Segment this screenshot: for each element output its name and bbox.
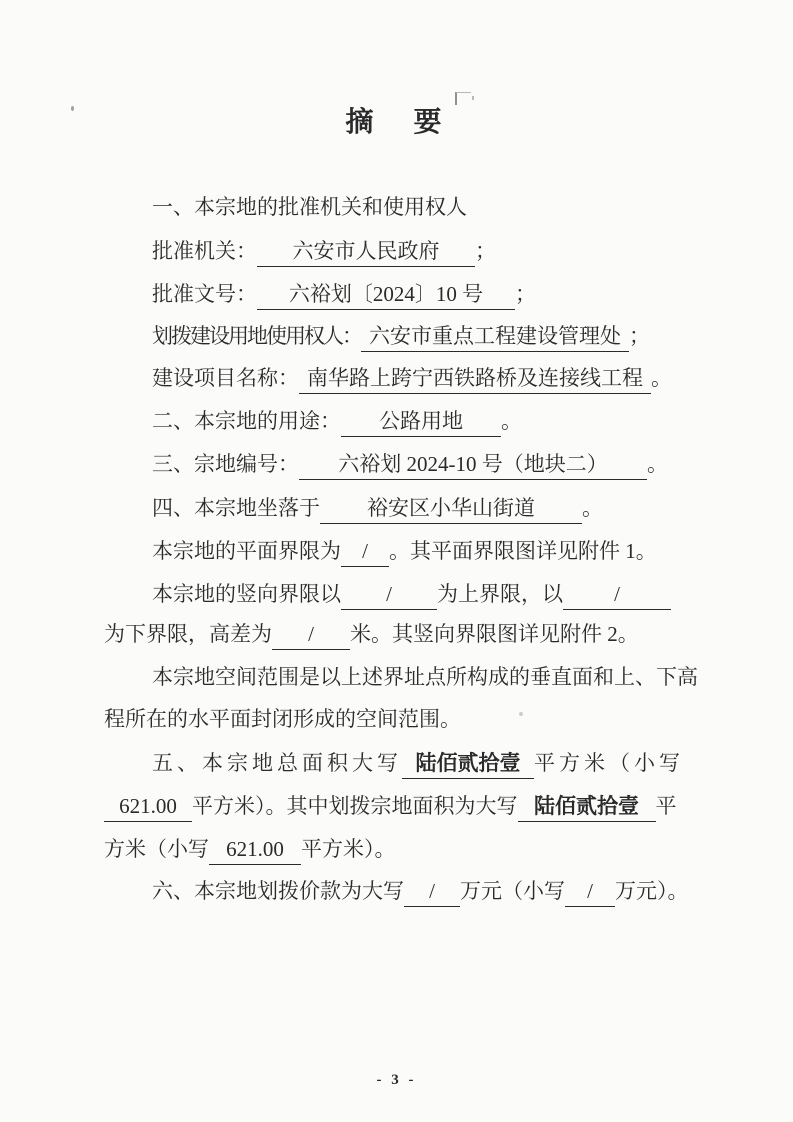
- doc-line: 一、本宗地的批准机关和使用权人: [152, 193, 467, 221]
- doc-line: 批准文号：六裕划〔2024〕10 号；: [152, 280, 536, 309]
- text-segment: 本宗地的竖向界限以: [152, 580, 341, 608]
- blank-field: 陆佰贰拾壹: [518, 792, 656, 822]
- text-segment: 米。其竖向界限图详见附件 2。: [350, 620, 639, 648]
- text-segment: 本宗地的平面界限为: [152, 537, 341, 565]
- blank-field: /: [341, 537, 389, 567]
- blank-field: 六裕划 2024-10 号（地块二）: [299, 450, 647, 480]
- text-segment: 六、本宗地划拨价款为大写: [152, 877, 404, 905]
- text-segment: 方米（小写: [104, 835, 209, 863]
- doc-line: 二、本宗地的用途：公路用地。: [152, 407, 522, 436]
- text-segment: 。: [647, 450, 668, 478]
- text-segment: 五、本宗地总面积大写: [152, 749, 402, 777]
- text-segment: 平方米（小写: [534, 749, 684, 777]
- text-segment: ；: [475, 237, 496, 265]
- text-segment: 一、本宗地的批准机关和使用权人: [152, 193, 467, 221]
- text-segment: 划拨建设用地使用权人：: [152, 322, 361, 350]
- text-segment: 为下界限，高差为: [104, 620, 272, 648]
- doc-line: 批准机关：六安市人民政府；: [152, 237, 496, 266]
- doc-line: 五、本宗地总面积大写陆佰贰拾壹平方米（小写: [152, 749, 684, 778]
- text-segment: 。其平面界限图详见附件 1。: [389, 537, 657, 565]
- doc-line: 建设项目名称：南华路上跨宁西铁路桥及连接线工程。: [152, 364, 672, 393]
- doc-line: 六、本宗地划拨价款为大写/万元（小写/万元）。: [152, 877, 689, 906]
- blank-field: /: [272, 620, 350, 650]
- blank-field: /: [341, 580, 437, 610]
- text-segment: 四、本宗地坐落于: [152, 494, 320, 522]
- blank-field: 公路用地: [341, 407, 501, 437]
- text-segment: 平: [656, 792, 677, 820]
- text-segment: 程所在的水平面封闭形成的空间范围。: [104, 705, 461, 733]
- text-segment: 批准文号：: [152, 280, 257, 308]
- doc-line: 三、宗地编号：六裕划 2024-10 号（地块二）。: [152, 450, 668, 479]
- doc-line: 划拨建设用地使用权人：六安市重点工程建设管理处；: [152, 322, 650, 351]
- text-segment: 平方米）。: [301, 835, 396, 863]
- scanned-document-page: 摘 要 一、本宗地的批准机关和使用权人批准机关：六安市人民政府；批准文号：六裕划…: [0, 0, 793, 1122]
- blank-field: 六安市重点工程建设管理处: [361, 322, 629, 352]
- blank-field: /: [563, 580, 671, 610]
- doc-line: 本宗地的竖向界限以/为上界限，以/: [152, 580, 671, 609]
- text-segment: 本宗地空间范围是以上述界址点所构成的垂直面和上、下高: [152, 663, 698, 691]
- blank-field: /: [404, 877, 460, 907]
- text-segment: 。: [651, 364, 672, 392]
- text-segment: 。: [582, 494, 603, 522]
- text-segment: 为上界限，以: [437, 580, 563, 608]
- doc-line: 方米（小写621.00平方米）。: [104, 835, 396, 864]
- blank-field: 六裕划〔2024〕10 号: [257, 280, 515, 310]
- text-segment: ；: [515, 280, 536, 308]
- text-segment: 平方米）。其中划拨宗地面积为大写: [192, 792, 518, 820]
- text-segment: 。: [501, 407, 522, 435]
- text-segment: 二、本宗地的用途：: [152, 407, 341, 435]
- blank-field: 六安市人民政府: [257, 237, 475, 267]
- blank-field: 621.00: [209, 835, 301, 865]
- scan-artifact-speck: [519, 712, 523, 716]
- blank-field: 陆佰贰拾壹: [402, 749, 534, 779]
- blank-field: 621.00: [104, 792, 192, 822]
- doc-line: 本宗地的平面界限为/。其平面界限图详见附件 1。: [152, 537, 657, 566]
- blank-field: /: [565, 877, 615, 907]
- doc-line: 为下界限，高差为/米。其竖向界限图详见附件 2。: [104, 620, 639, 649]
- document-title: 摘 要: [0, 100, 793, 140]
- doc-line: 四、本宗地坐落于裕安区小华山街道。: [152, 494, 603, 523]
- blank-field: 南华路上跨宁西铁路桥及连接线工程: [299, 364, 651, 394]
- text-segment: ；: [629, 322, 650, 350]
- doc-line: 本宗地空间范围是以上述界址点所构成的垂直面和上、下高: [152, 663, 698, 691]
- doc-line: 621.00平方米）。其中划拨宗地面积为大写陆佰贰拾壹平: [104, 792, 677, 821]
- text-segment: 建设项目名称：: [152, 364, 299, 392]
- text-segment: 批准机关：: [152, 237, 257, 265]
- text-segment: 万元（小写: [460, 877, 565, 905]
- blank-field: 裕安区小华山街道: [320, 494, 582, 524]
- text-segment: 三、宗地编号：: [152, 450, 299, 478]
- doc-line: 程所在的水平面封闭形成的空间范围。: [104, 705, 461, 733]
- text-segment: 万元）。: [615, 877, 689, 905]
- page-number: - 3 -: [0, 1072, 793, 1089]
